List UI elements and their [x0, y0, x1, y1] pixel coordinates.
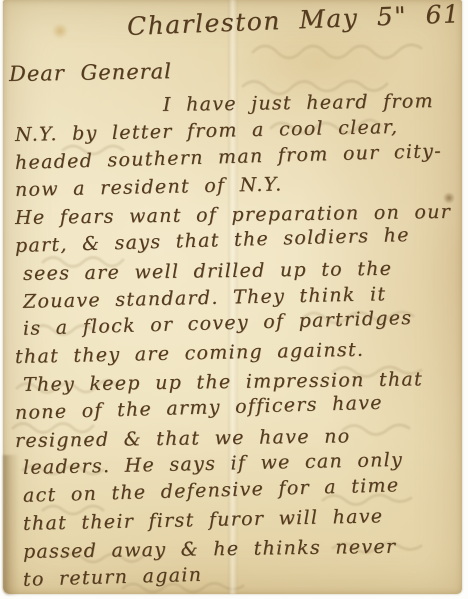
salutation: Dear General: [9, 59, 172, 86]
letter-body: I have just heard from N.Y. by letter fr…: [15, 94, 463, 594]
letter-paper: Charleston May 5" 61 Dear General I have…: [3, 0, 462, 594]
scanned-letter-frame: Charleston May 5" 61 Dear General I have…: [0, 0, 468, 599]
